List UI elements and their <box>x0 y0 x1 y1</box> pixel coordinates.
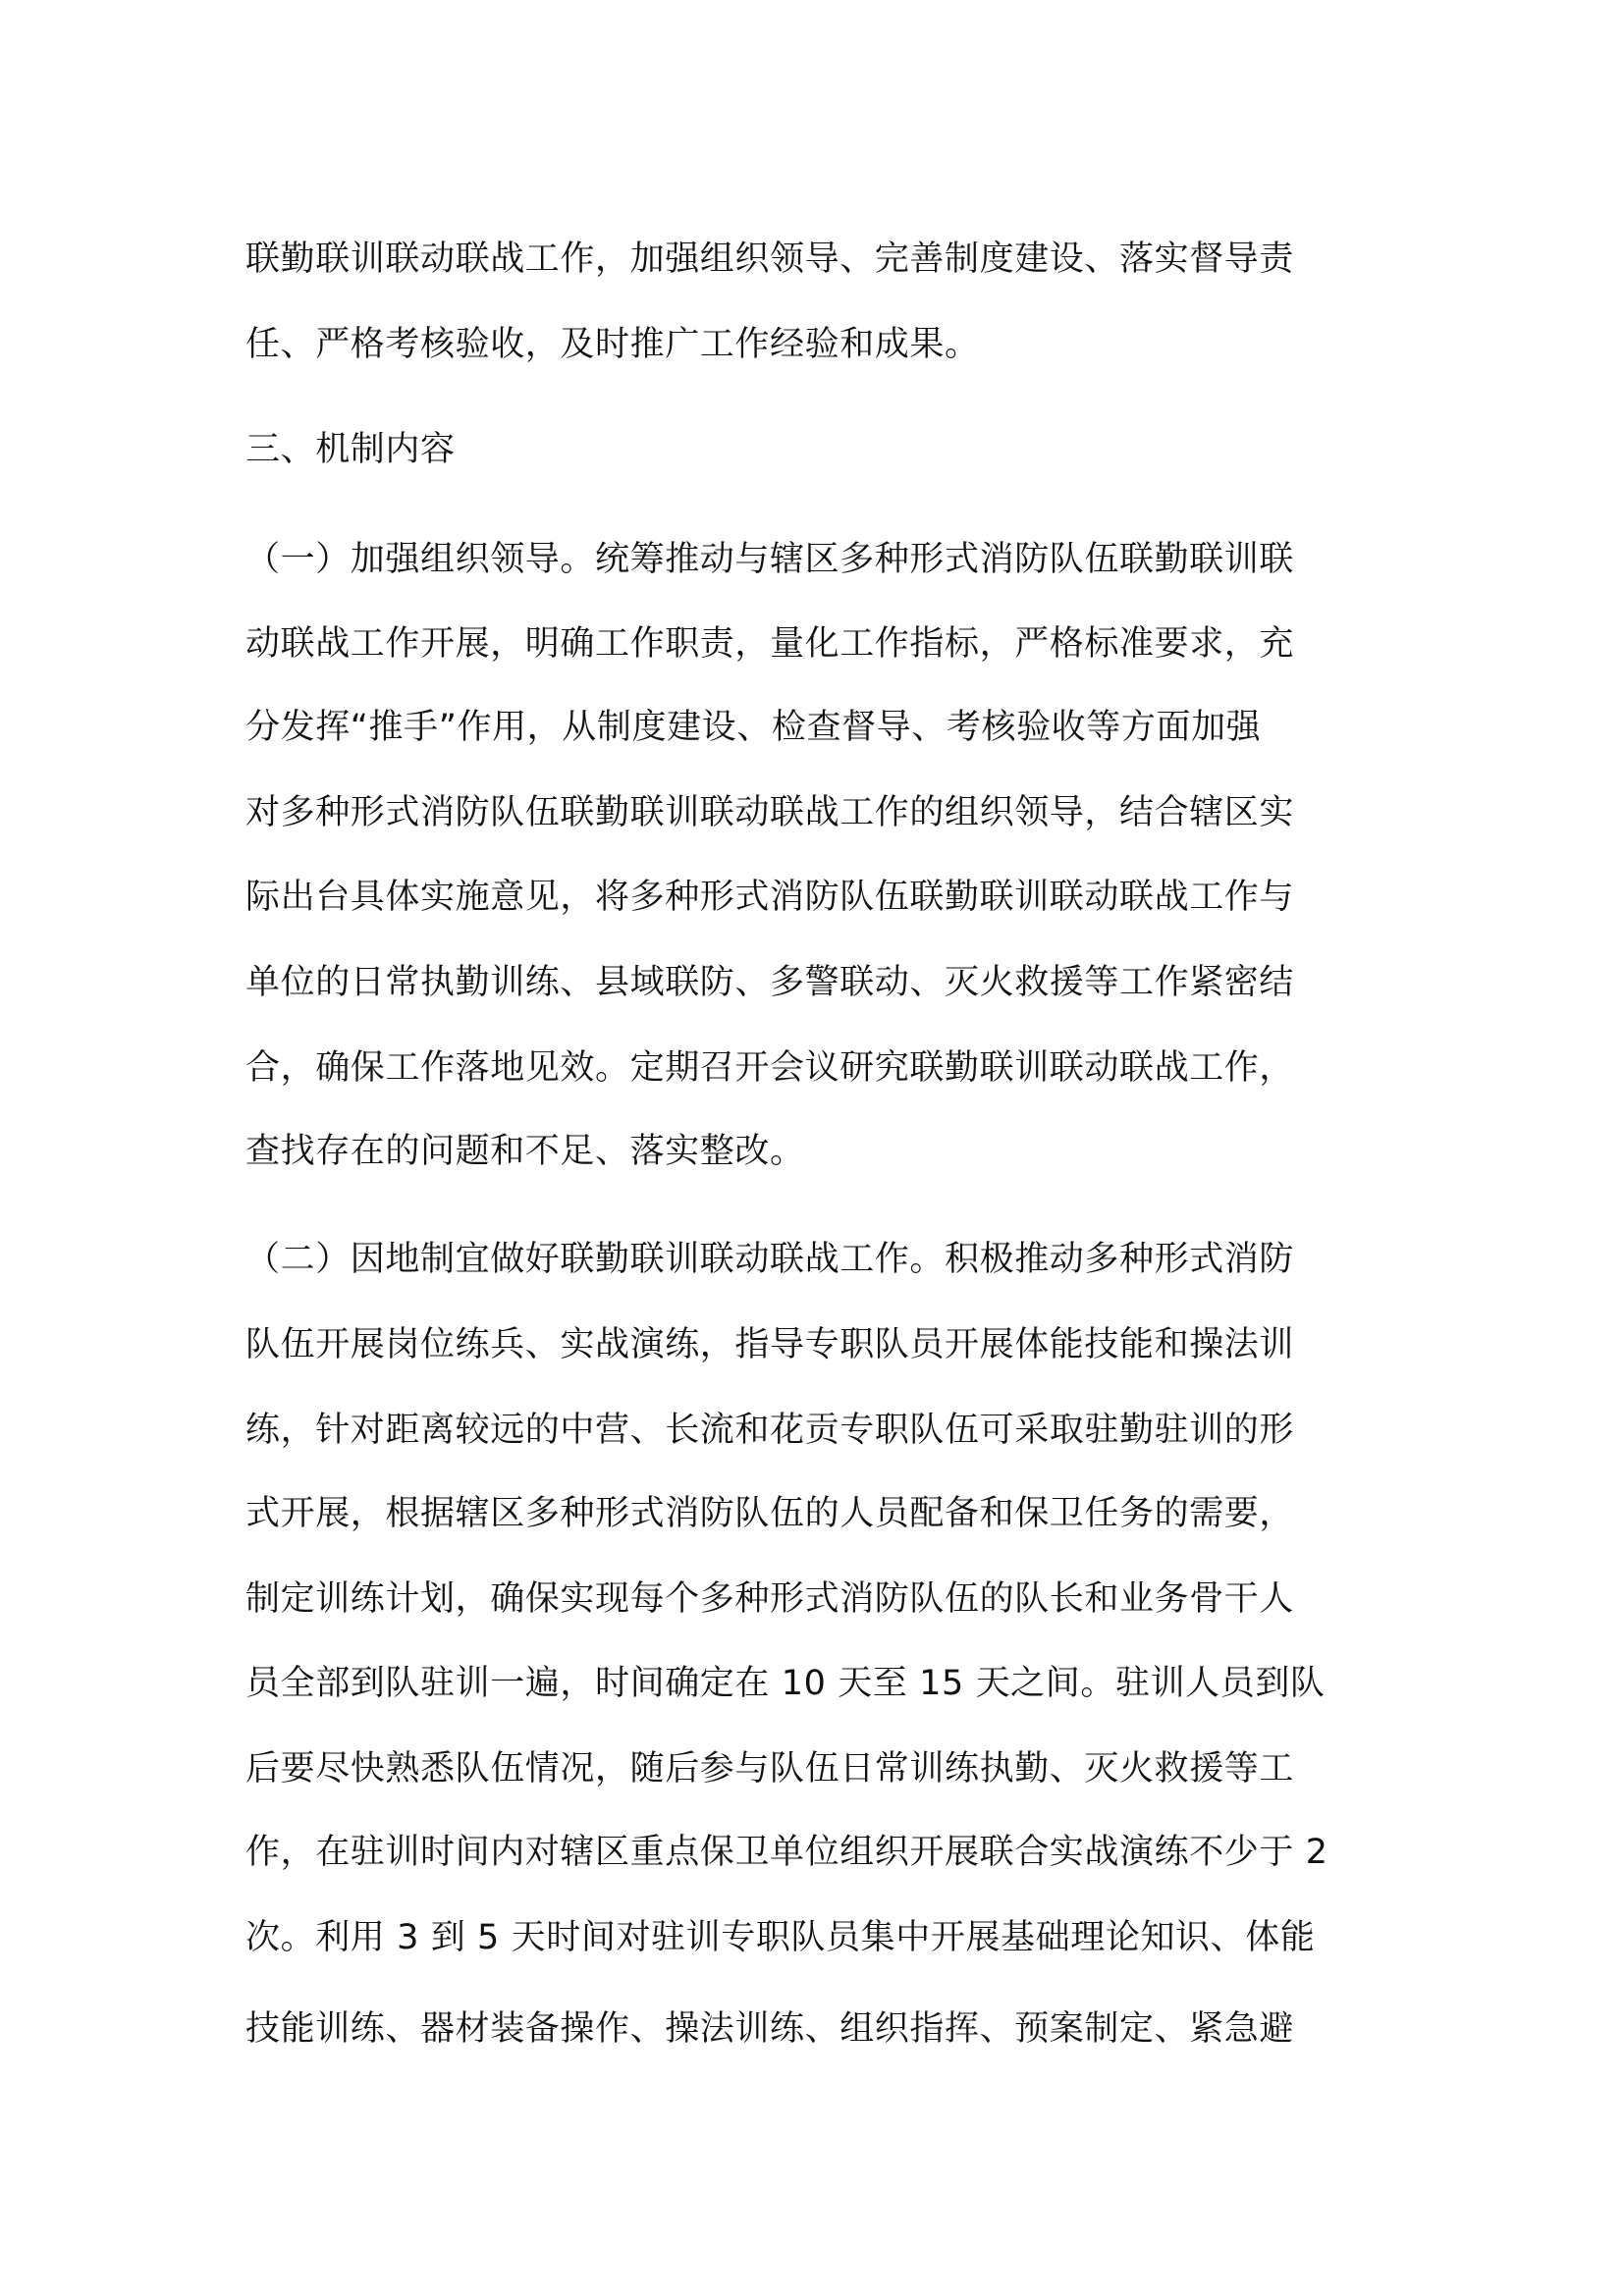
body-text-line: 练，针对距离较远的中营、长流和花贡专职队伍可采取驻勤驻训的形 <box>245 1409 1294 1452</box>
body-text-line: 单位的日常执勤训练、县域联防、多警联动、灭火救援等工作紧密结 <box>245 961 1294 1004</box>
body-text-line: 队伍开展岗位练兵、实战演练，指导专职队员开展体能技能和操法训 <box>245 1323 1294 1366</box>
body-text-line: 联勤联训联动联战工作，加强组织领导、完善制度建设、落实督导责 <box>245 238 1294 281</box>
section-heading: 三、机制内容 <box>245 428 456 471</box>
body-text-line: 对多种形式消防队伍联勤联训联动联战工作的组织领导，结合辖区实 <box>245 791 1294 834</box>
body-text-line: 际出台具体实施意见，将多种形式消防队伍联勤联训联动联战工作与 <box>245 876 1294 919</box>
body-text-line: 动联战工作开展，明确工作职责，量化工作指标，严格标准要求，充 <box>245 622 1294 666</box>
body-text-line: （一）加强组织领导。统筹推动与辖区多种形式消防队伍联勤联训联 <box>245 538 1294 581</box>
body-text-line: 次。利用 3 到 5 天时间对驻训专职队员集中开展基础理论知识、体能 <box>245 1916 1315 1959</box>
body-text-line: 任、严格考核验收，及时推广工作经验和成果。 <box>245 323 980 366</box>
body-text-line: 制定训练计划，确保实现每个多种形式消防队伍的队长和业务骨干人 <box>245 1577 1294 1621</box>
body-text-line: 分发挥“推手”作用，从制度建设、检查督导、考核验收等方面加强 <box>245 706 1261 749</box>
body-text-line: （二）因地制宜做好联勤联训联动联战工作。积极推动多种形式消防 <box>245 1238 1294 1281</box>
body-text-line: 员全部到队驻训一遍，时间确定在 10 天至 15 天之间。驻训人员到队 <box>245 1662 1326 1705</box>
body-text-line: 作，在驻训时间内对辖区重点保卫单位组织开展联合实战演练不少于 2 <box>245 1831 1328 1874</box>
body-text-line: 合，确保工作落地见效。定期召开会议研究联勤联训联动联战工作， <box>245 1046 1294 1090</box>
body-text-line: 后要尽快熟悉队伍情况，随后参与队伍日常训练执勤、灭火救援等工 <box>245 1747 1294 1790</box>
body-text-line: 查找存在的问题和不足、落实整改。 <box>245 1130 805 1173</box>
body-text-line: 式开展，根据辖区多种形式消防队伍的人员配备和保卫任务的需要， <box>245 1492 1294 1535</box>
body-text-line: 技能训练、器材装备操作、操法训练、组织指挥、预案制定、紧急避 <box>245 2007 1294 2051</box>
